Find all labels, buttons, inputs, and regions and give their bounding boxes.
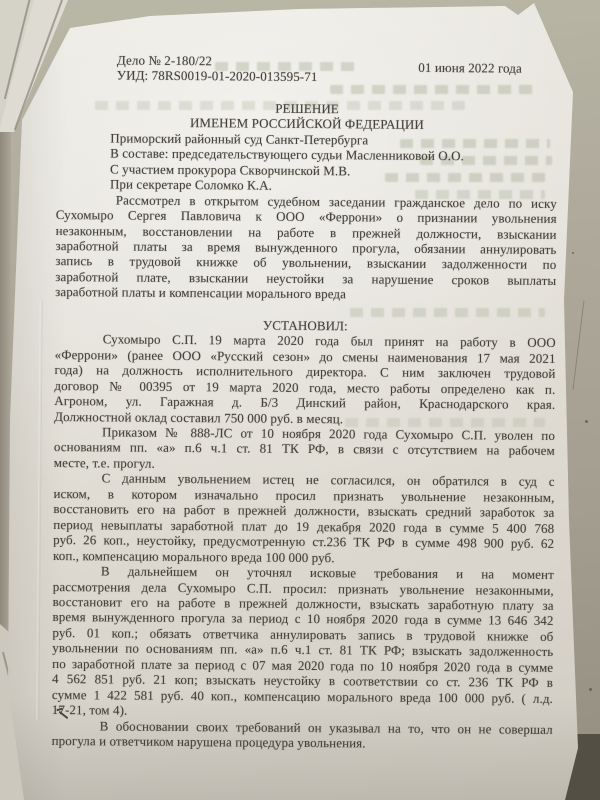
surface-speck — [585, 420, 588, 423]
paragraph-employment: Сухомыро С.П. 19 марта 2020 года был при… — [54, 331, 556, 428]
paragraph-updated-claim: В дальнейшем он уточнял исковые требован… — [52, 563, 554, 721]
intro-paragraph: Рассмотрел в открытом судебном заседании… — [55, 192, 557, 304]
paragraph-initial-claim: С данным увольнением истец не согласился… — [53, 470, 555, 567]
surface-speck — [589, 688, 592, 691]
document-page: Дело № 2-180/22 01 июня 2022 года УИД: 7… — [0, 0, 600, 800]
surface-scratch — [573, 300, 585, 389]
case-number: Дело № 2-180/22 — [117, 53, 212, 69]
document-content: Дело № 2-180/22 01 июня 2022 года УИД: 7… — [52, 52, 558, 752]
paper-crease — [36, 300, 43, 720]
paragraph-justification: В обосновании своих требований он указыв… — [52, 718, 553, 753]
photo-of-court-decision: Дело № 2-180/22 01 июня 2022 года УИД: 7… — [0, 0, 600, 800]
paragraph-dismissal-order: Приказом № 888-ЛС от 10 ноября 2020 года… — [54, 424, 555, 474]
court-composition: Приморский районный суд Санкт-Петербурга… — [56, 130, 557, 196]
document-date: 01 июня 2022 года — [418, 60, 522, 76]
surface-speck — [572, 252, 574, 254]
